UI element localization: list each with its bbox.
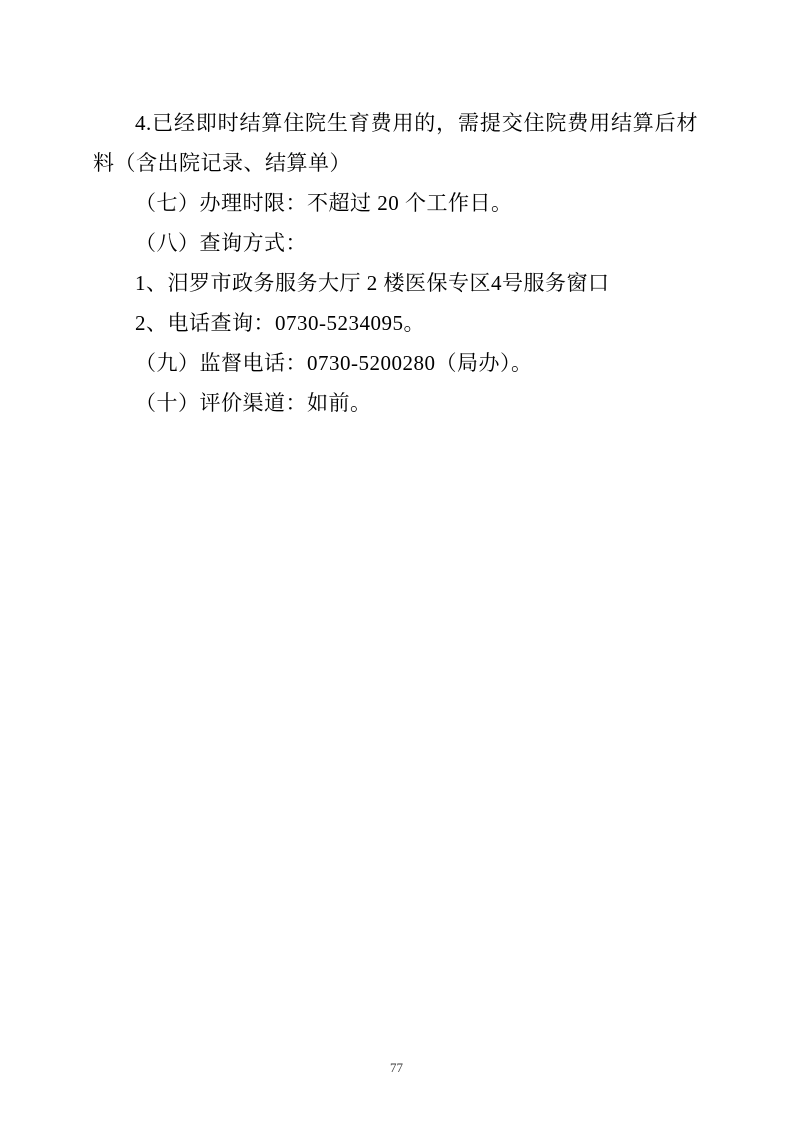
document-page: 4.已经即时结算住院生育费用的，需提交住院费用结算后材料（含出院记录、结算单） … bbox=[0, 0, 793, 1122]
paragraph-section-8: （八）查询方式： bbox=[93, 223, 698, 263]
paragraph-section-7: （七）办理时限：不超过 20 个工作日。 bbox=[93, 183, 698, 223]
page-number: 77 bbox=[0, 1060, 793, 1076]
paragraph-query-phone: 2、电话查询：0730-5234095。 bbox=[93, 303, 698, 343]
paragraph-section-10: （十）评价渠道：如前。 bbox=[93, 383, 698, 423]
paragraph-section-9: （九）监督电话：0730-5200280（局办）。 bbox=[93, 343, 698, 383]
paragraph-item-4: 4.已经即时结算住院生育费用的，需提交住院费用结算后材料（含出院记录、结算单） bbox=[93, 103, 698, 183]
document-body: 4.已经即时结算住院生育费用的，需提交住院费用结算后材料（含出院记录、结算单） … bbox=[93, 103, 698, 423]
paragraph-query-window: 1、汨罗市政务服务大厅 2 楼医保专区4号服务窗口 bbox=[93, 263, 698, 303]
